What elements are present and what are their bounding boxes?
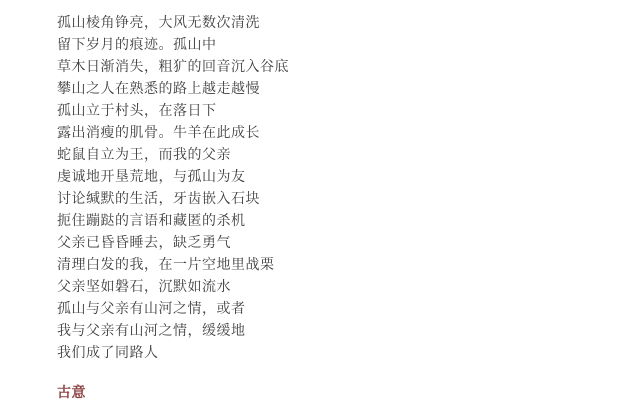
poem-line: 父亲坚如磐石，沉默如流水 (57, 275, 610, 297)
poem-line: 父亲已昏昏睡去，缺乏勇气 (57, 231, 610, 253)
poem-line: 留下岁月的痕迹。孤山中 (57, 33, 610, 55)
poem-line: 孤山立于村头，在落日下 (57, 99, 610, 121)
poem-line: 露出消瘦的肌骨。牛羊在此成长 (57, 121, 610, 143)
poem-line: 孤山棱角铮亮，大风无数次清洗 (57, 11, 610, 33)
poem-line: 清理白发的我，在一片空地里战栗 (57, 253, 610, 275)
poem-body: 孤山棱角铮亮，大风无数次清洗 留下岁月的痕迹。孤山中 草木日渐消失，粗犷的回音沉… (57, 11, 610, 363)
poem-page: 孤山棱角铮亮，大风无数次清洗 留下岁月的痕迹。孤山中 草木日渐消失，粗犷的回音沉… (57, 11, 610, 403)
poem-line: 我与父亲有山河之情，缓缓地 (57, 319, 610, 341)
poem-line: 讨论缄默的生活，牙齿嵌入石块 (57, 187, 610, 209)
poem-line: 扼住蹦跶的言语和藏匿的杀机 (57, 209, 610, 231)
poem-line: 草木日渐消失，粗犷的回音沉入谷底 (57, 55, 610, 77)
poem-line: 虔诚地开垦荒地，与孤山为友 (57, 165, 610, 187)
poem-line: 攀山之人在熟悉的路上越走越慢 (57, 77, 610, 99)
poem-line: 我们成了同路人 (57, 341, 610, 363)
poem-line: 蛇鼠自立为王，而我的父亲 (57, 143, 610, 165)
poem-line: 孤山与父亲有山河之情，或者 (57, 297, 610, 319)
next-poem-title: 古意 (57, 381, 610, 403)
